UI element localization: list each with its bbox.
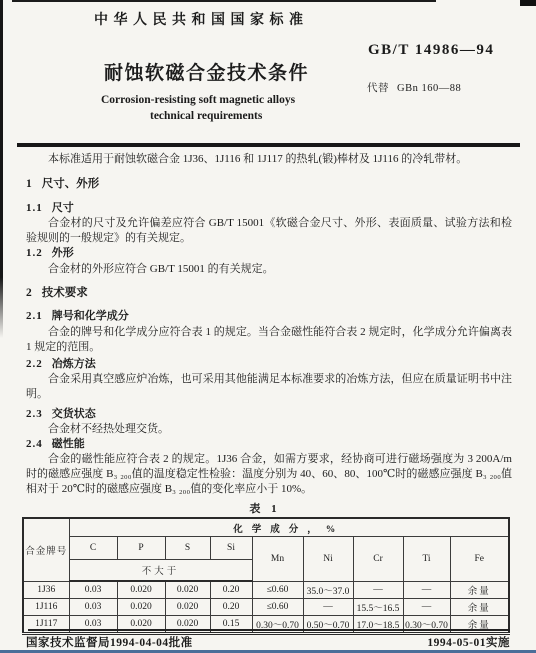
column-header-s: S [165,537,210,560]
value-cell: 0.020 [165,581,210,599]
section-paragraph-1-1: 合金材的尺寸及允许偏差应符合 GB/T 15001《软磁合金尺寸、外形、表面质量… [26,216,512,246]
section-title: 尺寸、外形 [42,177,100,192]
section-heading-2: 2 技术要求 [26,286,512,301]
value-cell: 0.20 [210,599,252,616]
replaces-number: GBn 160—88 [397,83,461,94]
replaces-note: 代替GBn 160—88 [367,80,461,95]
value-cell: 0.020 [117,599,165,616]
section-number: 2.4 [26,437,43,452]
value-cell: 0.20 [210,581,252,599]
section-heading-2-1: 2.1 牌号和化学成分 [26,309,512,324]
column-header-si: Si [210,537,252,560]
column-header-grade: 合金牌号 [23,518,69,581]
document-title-en-line1: Corrosion-resisting soft magnetic alloys [101,94,295,106]
section-title: 磁性能 [52,437,85,452]
value-cell: — [303,599,353,616]
standard-number: GB/T 14986—94 [368,42,494,59]
section-number: 1 [26,177,33,192]
value-cell: 余量 [450,599,509,616]
section-title: 冶炼方法 [52,357,96,372]
section-title: 交货状态 [52,407,96,422]
footer-rule [28,629,510,631]
footer-approved-by: 国家技术监督局1994-04-04批准 [26,634,193,650]
column-group-header-chemistry: 化学成分，% [69,518,509,537]
section-paragraph-2-2: 合金采用真空感应炉冶炼，也可采用其他能满足本标准要求的冶炼方法，但应在质量证明书… [26,372,512,402]
section-paragraph-2-1: 合金的牌号和化学成分应符合表 1 的规定。当合金磁性能符合表 2 规定时，化学成… [26,325,512,355]
value-cell: ≤0.60 [252,599,303,616]
not-greater-than-label: 不大于 [69,560,252,582]
section-heading-2-4: 2.4 磁性能 [26,437,512,452]
section-heading-2-2: 2.2 冶炼方法 [26,357,512,372]
section-number: 1.1 [26,201,43,216]
value-cell: 0.03 [69,581,117,599]
value-cell: 15.5～16.5 [353,599,403,616]
section-heading-1: 1 尺寸、外形 [26,177,512,192]
standard-label: 中华人民共和国国家标准 [94,9,309,29]
section-heading-1-2: 1.2 外形 [26,246,512,261]
column-header-mn: Mn [252,537,303,582]
scan-top-edge-line [12,0,436,2]
table-header-row-elements: C P S Si Mn Ni Cr Ti Fe [23,537,509,560]
value-cell: — [403,599,450,616]
header-rule [17,143,520,147]
value-cell: 0.03 [69,599,117,616]
column-header-ni: Ni [303,537,353,582]
column-header-ti: Ti [403,537,450,582]
section-title: 尺寸 [52,201,74,216]
section-number: 2 [26,286,33,301]
section-number: 2.2 [26,357,43,372]
section-heading-1-1: 1.1 尺寸 [26,201,512,216]
footer-effective-date: 1994-05-01实施 [427,634,510,650]
table-header-row-group: 合金牌号 化学成分，% [23,518,509,537]
section-number: 2.3 [26,407,43,422]
intro-paragraph: 本标准适用于耐蚀软磁合金 1J36、1J116 和 1J117 的热轧(锻)棒材… [26,152,512,167]
section-title: 牌号和化学成分 [52,309,129,324]
section-number: 2.1 [26,309,43,324]
document-title-en-line2: technical requirements [150,110,262,122]
value-cell: 0.020 [117,581,165,599]
value-cell: 35.0～37.0 [303,581,353,599]
scan-left-edge-line [0,0,3,338]
section-title: 技术要求 [42,286,88,301]
column-header-c: C [69,537,117,560]
replaces-label: 代替 [367,83,389,94]
column-header-cr: Cr [353,537,403,582]
table1-caption: 表 1 [22,500,508,516]
section-paragraph-1-2: 合金材的外形应符合 GB/T 15001 的有关规定。 [26,262,512,277]
document-page: 中华人民共和国国家标准 GB/T 14986—94 耐蚀软磁合金技术条件 代替G… [0,0,536,653]
section-number: 1.2 [26,246,43,261]
value-cell: ≤0.60 [252,581,303,599]
table-row-1j116: 1J116 0.03 0.020 0.020 0.20 ≤0.60 — 15.5… [23,599,509,616]
value-cell: 余量 [450,581,509,599]
section-title: 外形 [52,246,74,261]
value-cell: — [353,581,403,599]
column-header-fe: Fe [450,537,509,582]
section-paragraph-2-3: 合金材不经热处理交货。 [26,422,512,437]
grade-cell: 1J116 [23,599,69,616]
value-cell: 0.020 [165,599,210,616]
section-heading-2-3: 2.3 交货状态 [26,407,512,422]
grade-cell: 1J36 [23,581,69,599]
scan-corner-mark [520,0,536,6]
section-paragraph-2-4: 合金的磁性能应符合表 2 的规定。1J36 合金，如需方要求，经协商可进行磁场强… [26,452,512,497]
table-row-1j36: 1J36 0.03 0.020 0.020 0.20 ≤0.60 35.0～37… [23,581,509,599]
column-header-p: P [117,537,165,560]
value-cell: — [403,581,450,599]
table1-chemical-composition: 合金牌号 化学成分，% C P S Si Mn Ni Cr Ti Fe 不大于 … [22,517,510,635]
document-title-zh: 耐蚀软磁合金技术条件 [104,58,309,85]
